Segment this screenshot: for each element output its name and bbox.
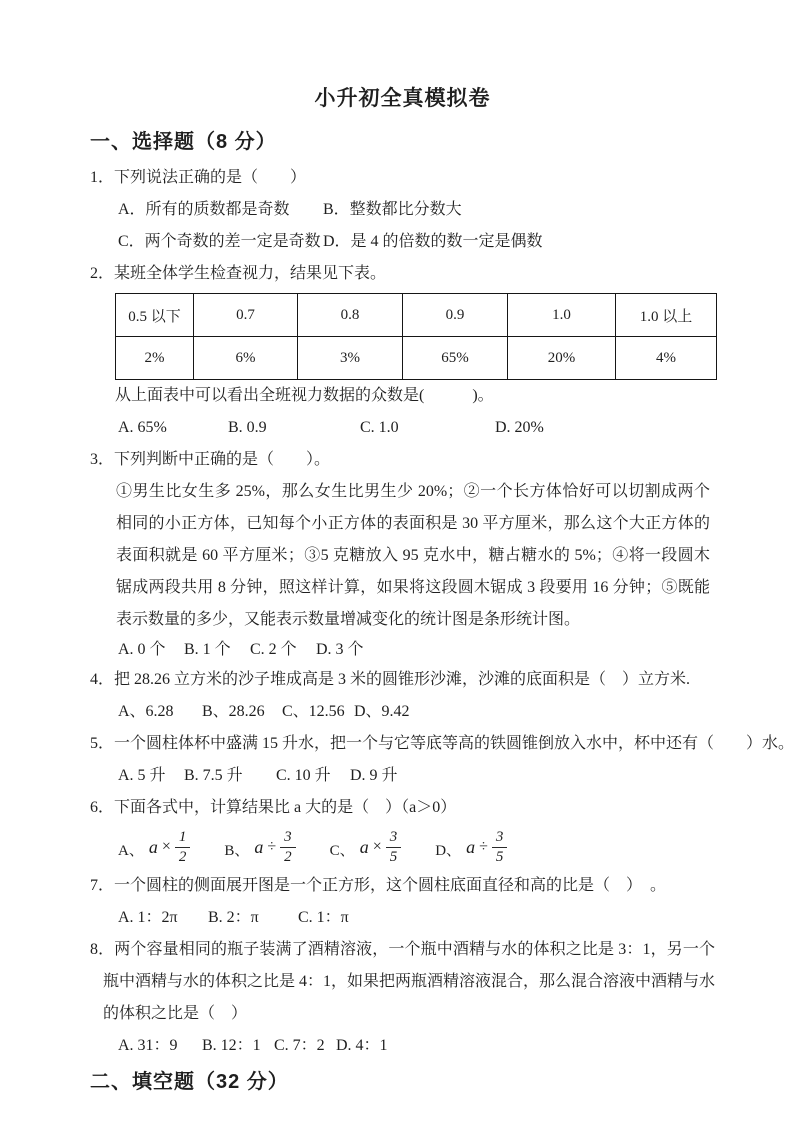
vision-value-cell-6: 4% bbox=[616, 337, 717, 380]
q6-options-row: A、 a × 1 2 B、 a ÷ 3 2 bbox=[90, 824, 715, 870]
q6-option-b-letter: B、 bbox=[224, 835, 249, 867]
q3-option-a: A. 0 个 bbox=[118, 636, 184, 664]
q1-options-row-2: C．两个奇数的差一定是奇数 D．是 4 的倍数的数一定是偶数 bbox=[90, 226, 715, 258]
math-fraction: 3 2 bbox=[280, 829, 296, 865]
q2-note: 从上面表中可以看出全班视力数据的众数是( )。 bbox=[90, 380, 715, 412]
q3-option-b: B. 1 个 bbox=[184, 636, 250, 664]
q1-options-row-1: A．所有的质数都是奇数 B．整数都比分数大 bbox=[90, 194, 715, 226]
question-3: 3．下列判断中正确的是（ ）。 ①男生比女生多 25%，那么女生比男生少 20%… bbox=[90, 444, 715, 664]
vision-value-cell-3: 3% bbox=[298, 337, 403, 380]
fraction-denominator: 5 bbox=[496, 848, 504, 866]
q6-option-a-letter: A、 bbox=[118, 835, 144, 867]
vision-header-cell-4: 0.9 bbox=[403, 294, 508, 337]
fraction-denominator: 2 bbox=[284, 848, 292, 866]
q8-option-b: B. 12：1 bbox=[202, 1030, 274, 1062]
q2-stem: 2．某班全体学生检查视力，结果见下表。 bbox=[90, 258, 715, 290]
question-6: 6．下面各式中，计算结果比 a 大的是（ ）（a＞0） A、 a × 1 2 B… bbox=[90, 792, 715, 870]
q2-option-b: B. 0.9 bbox=[228, 412, 360, 444]
page-title: 小升初全真模拟卷 bbox=[90, 84, 715, 114]
vision-value-cell-5: 20% bbox=[508, 337, 616, 380]
vision-value-cell-2: 6% bbox=[194, 337, 298, 380]
q4-option-c: C、12.56 bbox=[282, 696, 354, 728]
exam-paper-page: 小升初全真模拟卷 一、选择题（8 分） 1．下列说法正确的是（ ） A．所有的质… bbox=[0, 0, 793, 1096]
q5-option-d: D. 9 升 bbox=[350, 760, 398, 792]
q7-options-row: A. 1：2π B. 2：π C. 1：π bbox=[90, 902, 715, 934]
q7-option-c: C. 1：π bbox=[298, 902, 349, 934]
q6-option-c-expression: a × 3 5 bbox=[360, 829, 402, 865]
q4-option-a: A、6.28 bbox=[118, 696, 202, 728]
q1-option-d: D．是 4 的倍数的数一定是偶数 bbox=[323, 226, 543, 258]
question-2: 2．某班全体学生检查视力，结果见下表。 0.5 以下 0.7 0.8 0.9 1… bbox=[90, 258, 715, 444]
math-variable: a bbox=[254, 831, 263, 863]
math-operator: ÷ bbox=[479, 831, 488, 863]
q6-option-c-letter: C、 bbox=[330, 835, 355, 867]
q2-option-a: A. 65% bbox=[118, 412, 228, 444]
q4-option-d: D、9.42 bbox=[354, 696, 410, 728]
q3-statements-paragraph: ①男生比女生多 25%，那么女生比男生少 20%；②一个长方体恰好可以切割成两个… bbox=[116, 476, 710, 636]
math-variable: a bbox=[466, 831, 475, 863]
q3-stem: 3．下列判断中正确的是（ ）。 bbox=[90, 444, 715, 476]
q6-stem: 6．下面各式中，计算结果比 a 大的是（ ）（a＞0） bbox=[90, 792, 715, 824]
vision-value-cell-1: 2% bbox=[116, 337, 194, 380]
question-8: 8．两个容量相同的瓶子装满了酒精溶液，一个瓶中酒精与水的体积之比是 3：1，另一… bbox=[90, 934, 715, 1062]
q2-option-c: C. 1.0 bbox=[360, 412, 495, 444]
q5-option-a: A. 5 升 bbox=[118, 760, 184, 792]
q5-option-c: C. 10 升 bbox=[276, 760, 350, 792]
q3-option-c: C. 2 个 bbox=[250, 636, 316, 664]
question-4: 4．把 28.26 立方米的沙子堆成高是 3 米的圆锥形沙滩，沙滩的底面积是（ … bbox=[90, 664, 715, 728]
question-5: 5．一个圆柱体杯中盛满 15 升水，把一个与它等底等高的铁圆锥倒放入水中，杯中还… bbox=[90, 728, 715, 792]
q6-option-a-expression: a × 1 2 bbox=[149, 829, 191, 865]
question-1: 1．下列说法正确的是（ ） A．所有的质数都是奇数 B．整数都比分数大 C．两个… bbox=[90, 162, 715, 258]
fraction-numerator: 3 bbox=[280, 829, 296, 848]
question-7: 7．一个圆柱的侧面展开图是一个正方形，这个圆柱底面直径和高的比是（ ） 。 A.… bbox=[90, 870, 715, 934]
math-fraction: 1 2 bbox=[175, 829, 191, 865]
math-variable: a bbox=[149, 831, 158, 863]
q6-option-a: A、 a × 1 2 bbox=[118, 829, 190, 865]
vision-header-cell-2: 0.7 bbox=[194, 294, 298, 337]
fraction-numerator: 1 bbox=[175, 829, 191, 848]
q8-option-d: D. 4：1 bbox=[336, 1030, 388, 1062]
q7-option-a: A. 1：2π bbox=[118, 902, 208, 934]
q4-option-b: B、28.26 bbox=[202, 696, 282, 728]
vision-results-table: 0.5 以下 0.7 0.8 0.9 1.0 1.0 以上 2% 6% 3% 6… bbox=[115, 293, 717, 380]
q2-option-d: D. 20% bbox=[495, 412, 544, 444]
q5-option-b: B. 7.5 升 bbox=[184, 760, 276, 792]
fraction-numerator: 3 bbox=[492, 829, 508, 848]
math-variable: a bbox=[360, 831, 369, 863]
q5-stem: 5．一个圆柱体杯中盛满 15 升水，把一个与它等底等高的铁圆锥倒放入水中，杯中还… bbox=[90, 728, 715, 760]
q1-option-c: C．两个奇数的差一定是奇数 bbox=[118, 226, 323, 258]
q6-option-b: B、 a ÷ 3 2 bbox=[224, 829, 295, 865]
q4-options-row: A、6.28 B、28.26 C、12.56 D、9.42 bbox=[90, 696, 715, 728]
vision-header-cell-3: 0.8 bbox=[298, 294, 403, 337]
q1-stem: 1．下列说法正确的是（ ） bbox=[90, 162, 715, 194]
q3-option-d: D. 3 个 bbox=[316, 636, 364, 664]
math-operator: × bbox=[162, 831, 171, 863]
fraction-denominator: 2 bbox=[179, 848, 187, 866]
math-fraction: 3 5 bbox=[386, 829, 402, 865]
math-operator: × bbox=[373, 831, 382, 863]
q5-options-row: A. 5 升 B. 7.5 升 C. 10 升 D. 9 升 bbox=[90, 760, 715, 792]
math-operator: ÷ bbox=[267, 831, 276, 863]
q6-option-d-expression: a ÷ 3 5 bbox=[466, 829, 507, 865]
section-choice-heading: 一、选择题（8 分） bbox=[90, 128, 715, 156]
q6-option-c: C、 a × 3 5 bbox=[330, 829, 402, 865]
q8-stem: 8．两个容量相同的瓶子装满了酒精溶液，一个瓶中酒精与水的体积之比是 3：1，另一… bbox=[90, 934, 715, 1030]
vision-header-cell-1: 0.5 以下 bbox=[116, 294, 194, 337]
q8-option-a: A. 31：9 bbox=[118, 1030, 202, 1062]
fraction-denominator: 5 bbox=[390, 848, 398, 866]
q6-option-d-letter: D、 bbox=[435, 835, 461, 867]
q6-option-b-expression: a ÷ 3 2 bbox=[254, 829, 295, 865]
q3-options-row: A. 0 个 B. 1 个 C. 2 个 D. 3 个 bbox=[90, 636, 715, 664]
q6-option-d: D、 a ÷ 3 5 bbox=[435, 829, 507, 865]
vision-header-cell-6: 1.0 以上 bbox=[616, 294, 717, 337]
math-fraction: 3 5 bbox=[492, 829, 508, 865]
q1-option-a: A．所有的质数都是奇数 bbox=[118, 194, 323, 226]
vision-table-header-row: 0.5 以下 0.7 0.8 0.9 1.0 1.0 以上 bbox=[116, 294, 717, 337]
q8-options-row: A. 31：9 B. 12：1 C. 7：2 D. 4：1 bbox=[90, 1030, 715, 1062]
q7-stem: 7．一个圆柱的侧面展开图是一个正方形，这个圆柱底面直径和高的比是（ ） 。 bbox=[90, 870, 715, 902]
q7-option-b: B. 2：π bbox=[208, 902, 298, 934]
q4-stem: 4．把 28.26 立方米的沙子堆成高是 3 米的圆锥形沙滩，沙滩的底面积是（ … bbox=[90, 664, 715, 696]
fraction-numerator: 3 bbox=[386, 829, 402, 848]
q1-option-b: B．整数都比分数大 bbox=[323, 194, 462, 226]
q8-option-c: C. 7：2 bbox=[274, 1030, 336, 1062]
vision-header-cell-5: 1.0 bbox=[508, 294, 616, 337]
section-fill-heading: 二、填空题（32 分） bbox=[90, 1068, 715, 1096]
vision-table-value-row: 2% 6% 3% 65% 20% 4% bbox=[116, 337, 717, 380]
q2-options-row: A. 65% B. 0.9 C. 1.0 D. 20% bbox=[90, 412, 715, 444]
vision-value-cell-4: 65% bbox=[403, 337, 508, 380]
